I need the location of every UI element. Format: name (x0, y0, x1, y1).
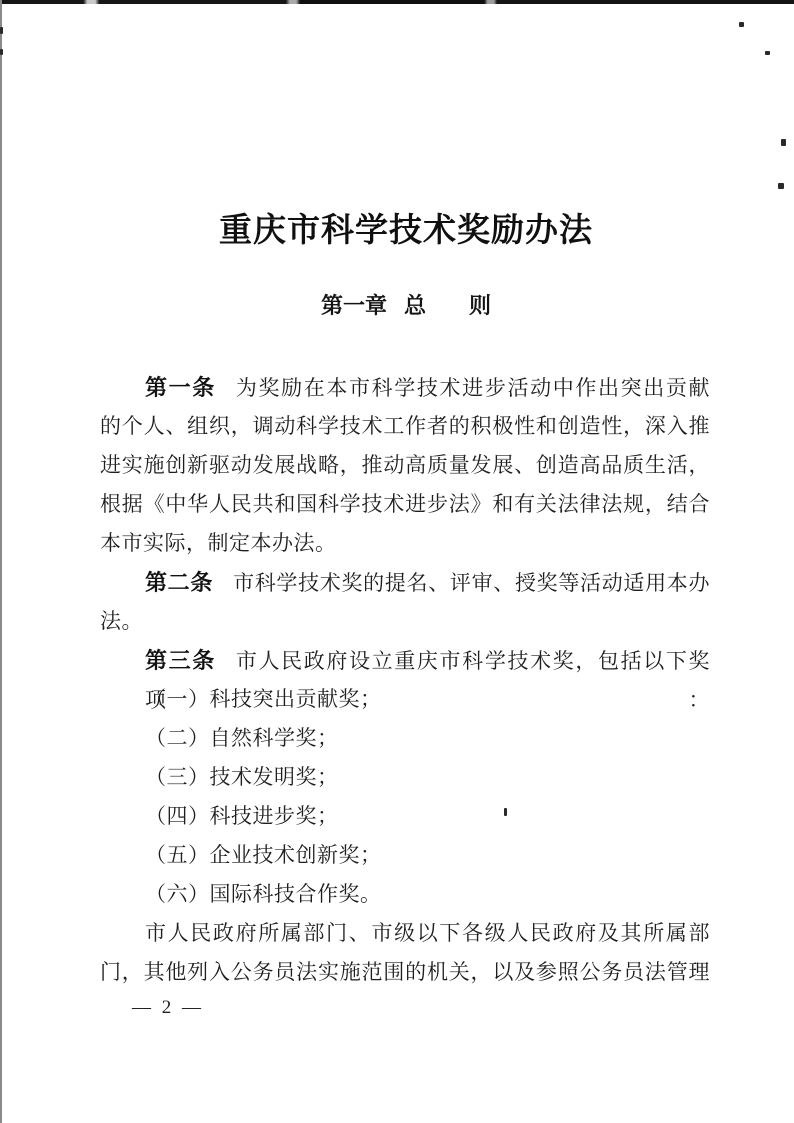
text-line: 第三条市人民政府设立重庆市科学技术奖，包括以下奖项： (100, 641, 710, 680)
scan-speck (778, 183, 784, 189)
line-text: （六）国际科技合作奖。 (145, 882, 382, 906)
text-line: （二）自然科学奖； (100, 719, 710, 758)
scan-speck (765, 51, 770, 55)
text-line: 法。 (100, 602, 710, 641)
line-text: 法。 (100, 609, 143, 633)
page-number: — 2 — (132, 997, 204, 1019)
line-text: 市科学技术奖的提名、评审、授奖等活动适用本办 (233, 571, 710, 595)
text-line: 本市实际，制定本办法。 (100, 524, 710, 563)
line-text: 进实施创新驱动发展战略，推动高质量发展、创造高品质生活， (100, 453, 710, 477)
line-text: 市人民政府所属部门、市级以下各级人民政府及其所属部 (145, 921, 710, 945)
text-line: 进实施创新驱动发展战略，推动高质量发展、创造高品质生活， (100, 446, 710, 485)
scan-speck (781, 139, 786, 146)
line-text: 的个人、组织，调动科学技术工作者的积极性和创造性，深入推 (100, 414, 710, 438)
text-line: （四）科技进步奖； (100, 797, 710, 836)
chapter-heading: 第一章 总 则 (100, 292, 712, 319)
document-page: 重庆市科学技术奖励办法 第一章 总 则 第一条为奖励在本市科学技术进步活动中作出… (0, 0, 794, 1123)
line-text: （五）企业技术创新奖； (145, 843, 382, 867)
scan-speck (0, 27, 3, 34)
text-line: （三）技术发明奖； (100, 758, 710, 797)
chapter-title-part: 总 (404, 292, 426, 319)
chapter-title-part: 则 (469, 292, 491, 319)
document-body: 第一条为奖励在本市科学技术进步活动中作出突出贡献的个人、组织，调动科学技术工作者… (100, 368, 710, 992)
line-text: （四）科技进步奖； (145, 804, 339, 828)
text-line: 第一条为奖励在本市科学技术进步活动中作出突出贡献 (100, 368, 710, 407)
scan-border-left (0, 0, 2, 1123)
line-text: （二）自然科学奖； (145, 726, 339, 750)
line-text: （一）科技突出贡献奖； (145, 687, 382, 711)
text-line: 市人民政府所属部门、市级以下各级人民政府及其所属部 (100, 914, 710, 953)
text-line: （六）国际科技合作奖。 (100, 875, 710, 914)
line-text: （三）技术发明奖； (145, 765, 339, 789)
text-line: 的个人、组织，调动科学技术工作者的积极性和创造性，深入推 (100, 407, 710, 446)
text-line: 第二条市科学技术奖的提名、评审、授奖等活动适用本办 (100, 563, 710, 602)
chapter-number: 第一章 (321, 292, 387, 319)
article-number-label: 第三条 (145, 648, 216, 673)
line-text: 门，其他列入公务员法实施范围的机关，以及参照公务员法管理 (100, 960, 710, 984)
line-text: 为奖励在本市科学技术进步活动中作出突出贡献 (236, 376, 710, 400)
document-title: 重庆市科学技术奖励办法 (100, 211, 712, 249)
text-line: 门，其他列入公务员法实施范围的机关，以及参照公务员法管理 (100, 953, 710, 992)
line-text: 本市实际，制定本办法。 (100, 531, 337, 555)
article-number-label: 第一条 (145, 375, 216, 400)
line-text: 根据《中华人民共和国科学技术进步法》和有关法律法规，结合 (100, 492, 710, 516)
text-line: （五）企业技术创新奖； (100, 836, 710, 875)
article-number-label: 第二条 (145, 570, 213, 595)
scan-border-top (0, 0, 794, 4)
text-line: 根据《中华人民共和国科学技术进步法》和有关法律法规，结合 (100, 485, 710, 524)
scan-speck (739, 22, 744, 27)
scan-speck (0, 49, 3, 55)
